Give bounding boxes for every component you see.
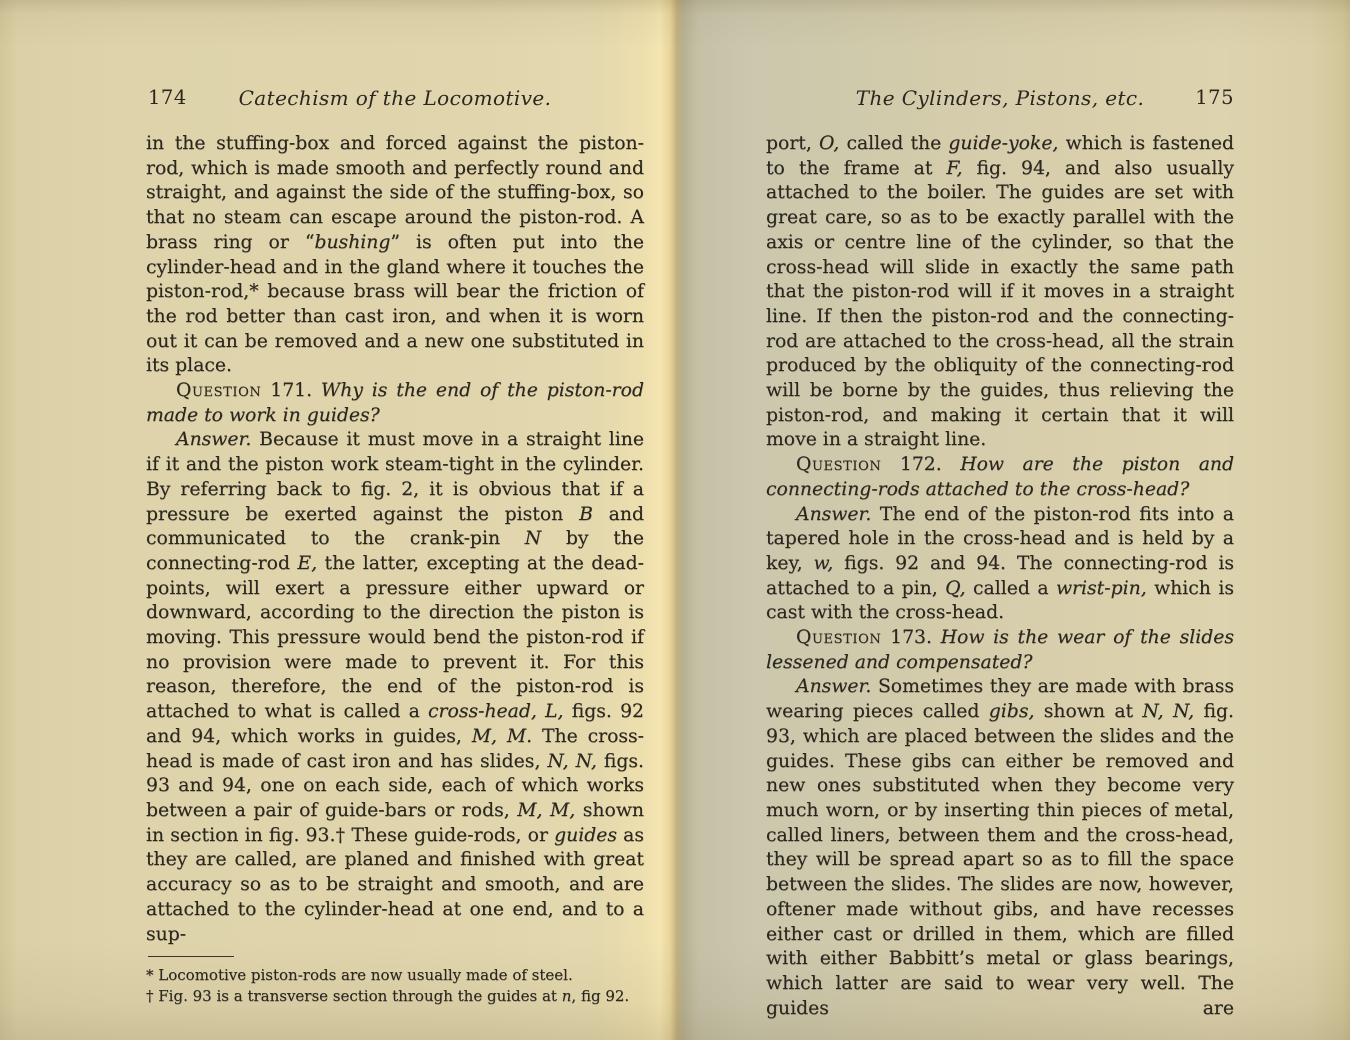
question-paragraph: Question 173. How is the wear of the sli… bbox=[766, 626, 1234, 675]
book-scan: 174 Catechism of the Locomotive. in the … bbox=[0, 0, 1350, 1040]
answer-paragraph: Answer. The end of the piston-rod fits i… bbox=[766, 503, 1234, 627]
page-body-left: in the stuffing-box and forced against t… bbox=[146, 132, 644, 947]
page-right: The Cylinders, Pistons, etc. 175 port, O… bbox=[766, 86, 1234, 1021]
page-header-left: 174 Catechism of the Locomotive. bbox=[146, 86, 644, 112]
running-title-left: Catechism of the Locomotive. bbox=[146, 86, 644, 110]
footnote-list: * Locomotive piston-rods are now usually… bbox=[146, 965, 644, 1006]
page-left: 174 Catechism of the Locomotive. in the … bbox=[146, 86, 644, 1006]
answer-paragraph: Answer. Sometimes they are made with bra… bbox=[766, 675, 1234, 1021]
body-paragraph: port, O, called the guide-yoke, which is… bbox=[766, 132, 1234, 453]
body-paragraph: in the stuffing-box and forced against t… bbox=[146, 132, 644, 379]
running-title-right: The Cylinders, Pistons, etc. bbox=[766, 86, 1234, 110]
answer-paragraph: Answer. Because it must move in a straig… bbox=[146, 428, 644, 947]
footnotes: * Locomotive piston-rods are now usually… bbox=[146, 956, 644, 1006]
page-number-right: 175 bbox=[1195, 86, 1234, 109]
page-body-right: port, O, called the guide-yoke, which is… bbox=[766, 132, 1234, 1021]
footnote: † Fig. 93 is a transverse section throug… bbox=[146, 986, 644, 1007]
page-header-right: The Cylinders, Pistons, etc. 175 bbox=[766, 86, 1234, 112]
question-paragraph: Question 172. How are the piston and con… bbox=[766, 453, 1234, 502]
question-paragraph: Question 171. Why is the end of the pist… bbox=[146, 379, 644, 428]
footnote: * Locomotive piston-rods are now usually… bbox=[146, 965, 644, 986]
footnote-rule bbox=[148, 956, 234, 957]
